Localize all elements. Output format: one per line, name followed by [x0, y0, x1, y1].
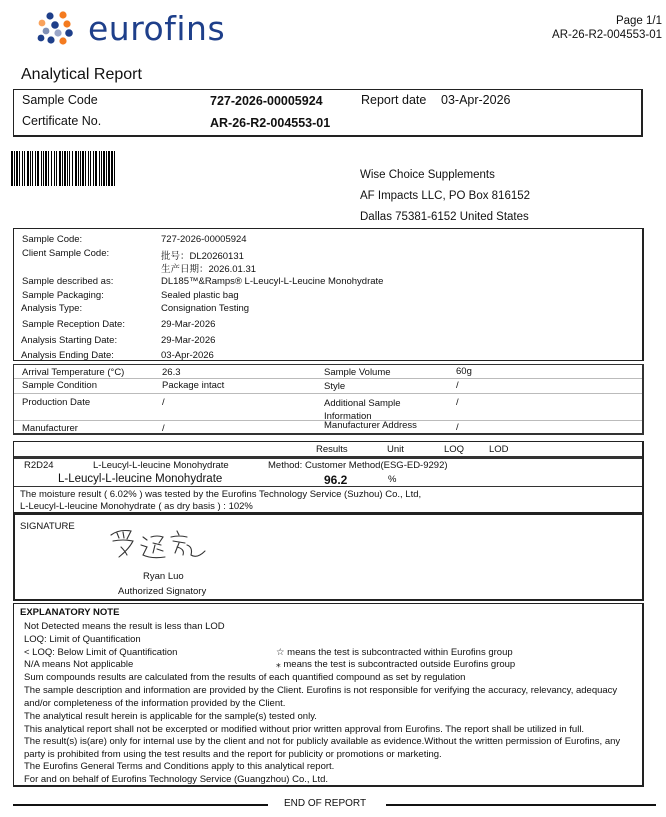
manufacturer-address-label: Manufacturer Address — [324, 420, 417, 432]
end-of-report: END OF REPORT — [0, 798, 666, 812]
col-loq: LOQ — [444, 444, 464, 455]
end-of-report-label: END OF REPORT — [284, 798, 366, 809]
explanatory-note-box: EXPLANATORY NOTE Not Detected means the … — [13, 603, 644, 787]
production-date-label: Production Date — [22, 397, 90, 409]
subcontract-outside-note: ⁎ means the test is subcontracted outsid… — [276, 659, 515, 670]
signer-name: Ryan Luo — [143, 571, 184, 582]
divider — [14, 456, 642, 459]
condition-label: Sample Condition — [22, 380, 97, 392]
condition-value: Package intact — [162, 380, 224, 392]
divider — [13, 804, 268, 806]
certificate-label: Certificate No. — [22, 114, 101, 128]
note-line: N/A means Not applicable — [24, 659, 133, 670]
sample-code-value: 727-2026-00005924 — [210, 94, 323, 108]
barcode — [11, 151, 186, 186]
note-line: The Eurofins General Terms and Condition… — [24, 761, 334, 772]
manufacturer-label: Manufacturer — [22, 423, 78, 435]
handwritten-signature-icon — [107, 525, 212, 565]
style-label: Style — [324, 381, 345, 393]
divider — [386, 804, 656, 806]
note-line: This analytical report shall not be exce… — [24, 724, 584, 735]
analyte-name: L-Leucyl-L-leucine Monohydrate — [58, 473, 222, 485]
note-line: party is prohibited from using the test … — [24, 749, 442, 760]
report-date-label: Report date — [361, 93, 426, 107]
note-line: The analytical result herein is applicab… — [24, 711, 317, 722]
page-number: Page 1/1 — [552, 14, 662, 28]
arrival-temp-label: Arrival Temperature (°C) — [22, 367, 124, 379]
report-title: Analytical Report — [21, 66, 142, 84]
client-address-line1: AF Impacts LLC, PO Box 816152 — [360, 186, 530, 207]
client-address: Wise Choice Supplements AF Impacts LLC, … — [360, 165, 530, 228]
sample-details-grid: Arrival Temperature (°C) 26.3 Sample Vol… — [13, 364, 644, 435]
brand-name: eurofins — [88, 10, 225, 48]
report-header-box: Sample Code 727-2026-00005924 Report dat… — [13, 89, 643, 137]
result-unit: % — [388, 474, 396, 485]
moisture-note: The moisture result ( 6.02% ) was tested… — [20, 489, 421, 500]
manufacturer-value: / — [162, 423, 165, 435]
signature-heading: SIGNATURE — [20, 521, 75, 532]
col-lod: LOD — [489, 444, 509, 455]
subcontract-within-note: ☆ means the test is subcontracted within… — [276, 647, 513, 658]
production-date-value: / — [162, 397, 165, 409]
sample-info-box: Sample Code:727-2026-00005924 Client Sam… — [13, 228, 644, 361]
page-info: Page 1/1 AR-26-R2-004553-01 — [552, 14, 662, 42]
divider — [14, 393, 642, 394]
note-line: For and on behalf of Eurofins Technology… — [24, 774, 328, 785]
additional-info-value: / — [456, 397, 459, 409]
col-unit: Unit — [387, 444, 404, 455]
explanatory-heading: EXPLANATORY NOTE — [20, 607, 119, 618]
dry-basis-note: L-Leucyl-L-leucine Monohydrate ( as dry … — [20, 501, 253, 512]
signature-box: SIGNATURE Ryan Luo Authorized Signatory — [13, 513, 644, 601]
signer-role: Authorized Signatory — [118, 586, 206, 597]
arrival-temp-value: 26.3 — [162, 367, 181, 379]
manufacturer-address-value: / — [456, 422, 459, 434]
certificate-value: AR-26-R2-004553-01 — [210, 116, 330, 130]
eurofins-dots-logo-icon — [36, 10, 82, 48]
doc-number: AR-26-R2-004553-01 — [552, 28, 662, 42]
test-code: R2D24 — [24, 460, 54, 471]
result-value: 96.2 — [324, 473, 347, 487]
client-name: Wise Choice Supplements — [360, 165, 530, 186]
sample-code-label: Sample Code — [22, 93, 98, 107]
sample-volume-value: 60g — [456, 366, 472, 378]
client-address-line2: Dallas 75381-6152 United States — [360, 207, 530, 228]
report-date-value: 03-Apr-2026 — [441, 93, 511, 107]
note-line: < LOQ: Below Limit of Quantification — [24, 647, 177, 658]
style-value: / — [456, 380, 459, 392]
sample-volume-label: Sample Volume — [324, 367, 391, 379]
note-line: The result(s) is(are) only for internal … — [24, 736, 620, 747]
eurofins-logo: eurofins — [36, 10, 225, 48]
note-line: Not Detected means the result is less th… — [24, 621, 225, 632]
test-name: L-Leucyl-L-leucine Monohydrate — [93, 460, 229, 471]
test-method: Method: Customer Method(ESG-ED-9292) — [268, 460, 448, 471]
note-line: and/or completeness of the information p… — [24, 698, 285, 709]
note-line: The sample description and information a… — [24, 685, 617, 696]
col-results: Results — [316, 444, 348, 455]
note-line: Sum compounds results are calculated fro… — [24, 672, 465, 683]
results-table: Results Unit LOQ LOD R2D24 L-Leucyl-L-le… — [13, 441, 644, 513]
note-line: LOQ: Limit of Quantification — [24, 634, 141, 645]
